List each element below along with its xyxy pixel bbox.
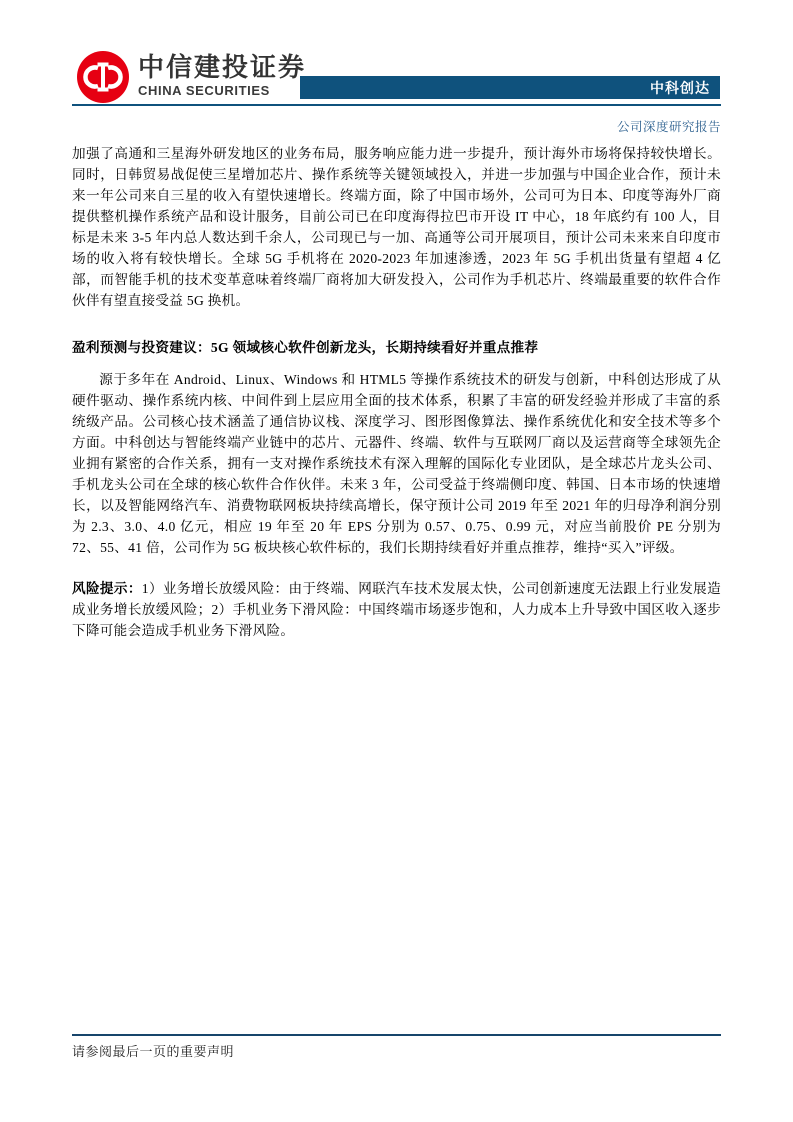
- brand-name-en: CHINA SECURITIES: [138, 83, 306, 98]
- report-body: 加强了高通和三星海外研发地区的业务布局，服务响应能力进一步提升，预计海外市场将保…: [72, 143, 721, 641]
- report-page: 中信建投证券 CHINA SECURITIES 中科创达 公司深度研究报告 加强…: [0, 0, 793, 1122]
- company-tag-bar: 中科创达: [300, 76, 720, 99]
- citic-securities-logo-icon: [76, 50, 130, 109]
- footer-divider: [72, 1034, 721, 1036]
- paragraph-investment-thesis: 源于多年在 Android、Linux、Windows 和 HTML5 等操作系…: [72, 369, 721, 558]
- brand-name-cn: 中信建投证券: [138, 52, 306, 82]
- section-heading-profit-forecast: 盈利预测与投资建议：5G 领域核心软件创新龙头，长期持续看好并重点推荐: [72, 337, 721, 358]
- report-type-label: 公司深度研究报告: [72, 117, 721, 135]
- risk-label: 风险提示：: [72, 581, 142, 596]
- footer-disclaimer: 请参阅最后一页的重要声明: [72, 1041, 721, 1060]
- risk-text: 1）业务增长放缓风险：由于终端、网联汽车技术发展太快，公司创新速度无法跟上行业发…: [72, 581, 721, 638]
- header-divider: [72, 104, 721, 106]
- brand-block: 中信建投证券 CHINA SECURITIES: [138, 52, 306, 98]
- paragraph-overseas-growth: 加强了高通和三星海外研发地区的业务布局，服务响应能力进一步提升，预计海外市场将保…: [72, 143, 721, 311]
- paragraph-risk-warning: 风险提示：1）业务增长放缓风险：由于终端、网联汽车技术发展太快，公司创新速度无法…: [72, 578, 721, 641]
- company-name: 中科创达: [650, 78, 710, 98]
